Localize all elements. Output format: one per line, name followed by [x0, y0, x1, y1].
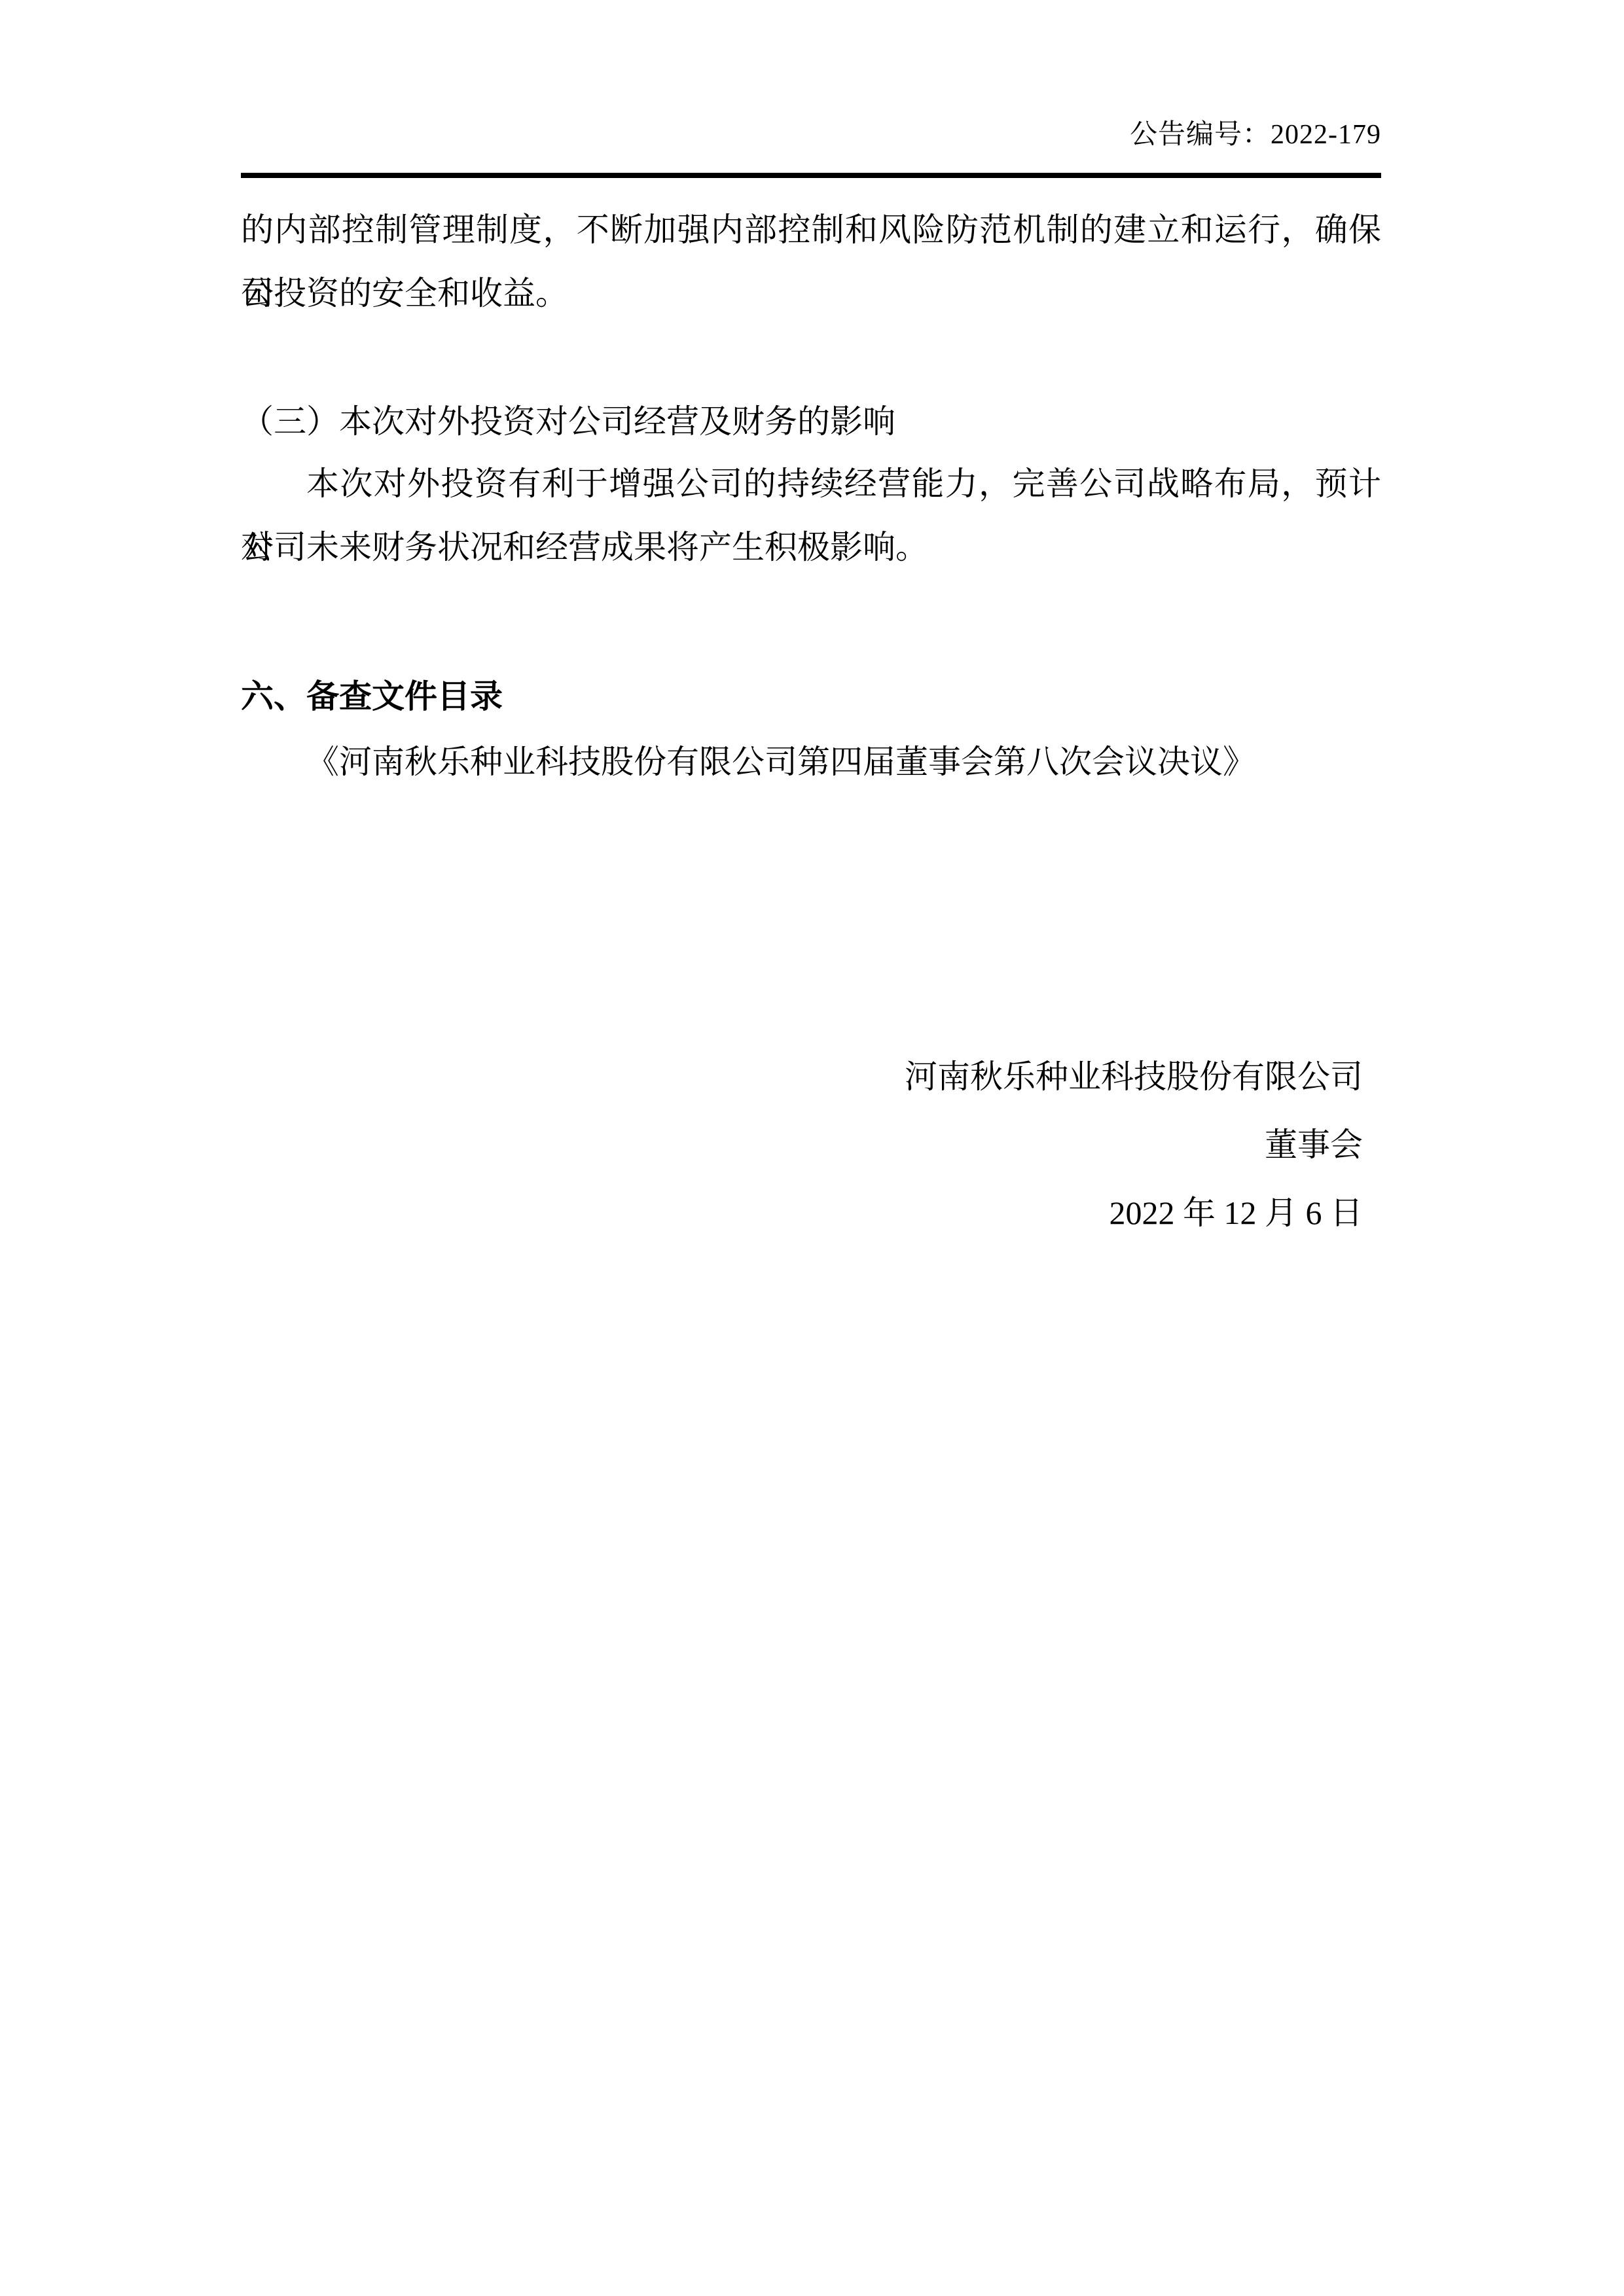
section-three-heading: （三）本次对外投资对公司经营及财务的影响 — [241, 390, 1381, 454]
signature-board: 董事会 — [241, 1111, 1381, 1179]
document-page: 公告编号：2022-179 的内部控制管理制度，不断加强内部控制和风险防范机制的… — [0, 0, 1624, 2296]
paragraph-line: 的内部控制管理制度，不断加强内部控制和风险防范机制的建立和运行，确保公 — [241, 198, 1381, 262]
paragraph-line: 司投资的安全和收益。 — [241, 262, 1381, 325]
paragraph-continuation: 的内部控制管理制度，不断加强内部控制和风险防范机制的建立和运行，确保公 司投资的… — [241, 198, 1381, 325]
section-three-heading-block: （三）本次对外投资对公司经营及财务的影响 — [241, 390, 1381, 454]
paragraph-line: 本次对外投资有利于增强公司的持续经营能力，完善公司战略布局，预计对 — [241, 452, 1381, 516]
header-divider-rule — [241, 173, 1381, 178]
section-three-paragraph: 本次对外投资有利于增强公司的持续经营能力，完善公司战略布局，预计对 公司未来财务… — [241, 452, 1381, 579]
announcement-number: 公告编号：2022-179 — [1130, 118, 1381, 152]
signature-date: 2022 年 12 月 6 日 — [241, 1179, 1381, 1247]
section-six-heading: 六、备查文件目录 — [241, 665, 1381, 728]
signature-block: 河南秋乐种业科技股份有限公司 董事会 2022 年 12 月 6 日 — [241, 1043, 1381, 1247]
section-six-document-list: 《河南秋乐种业科技股份有限公司第四届董事会第八次会议决议》 — [241, 730, 1381, 794]
section-six-heading-block: 六、备查文件目录 — [241, 665, 1381, 728]
referenced-document-title: 《河南秋乐种业科技股份有限公司第四届董事会第八次会议决议》 — [241, 730, 1381, 794]
paragraph-line: 公司未来财务状况和经营成果将产生积极影响。 — [241, 516, 1381, 579]
signature-company: 河南秋乐种业科技股份有限公司 — [241, 1043, 1381, 1111]
